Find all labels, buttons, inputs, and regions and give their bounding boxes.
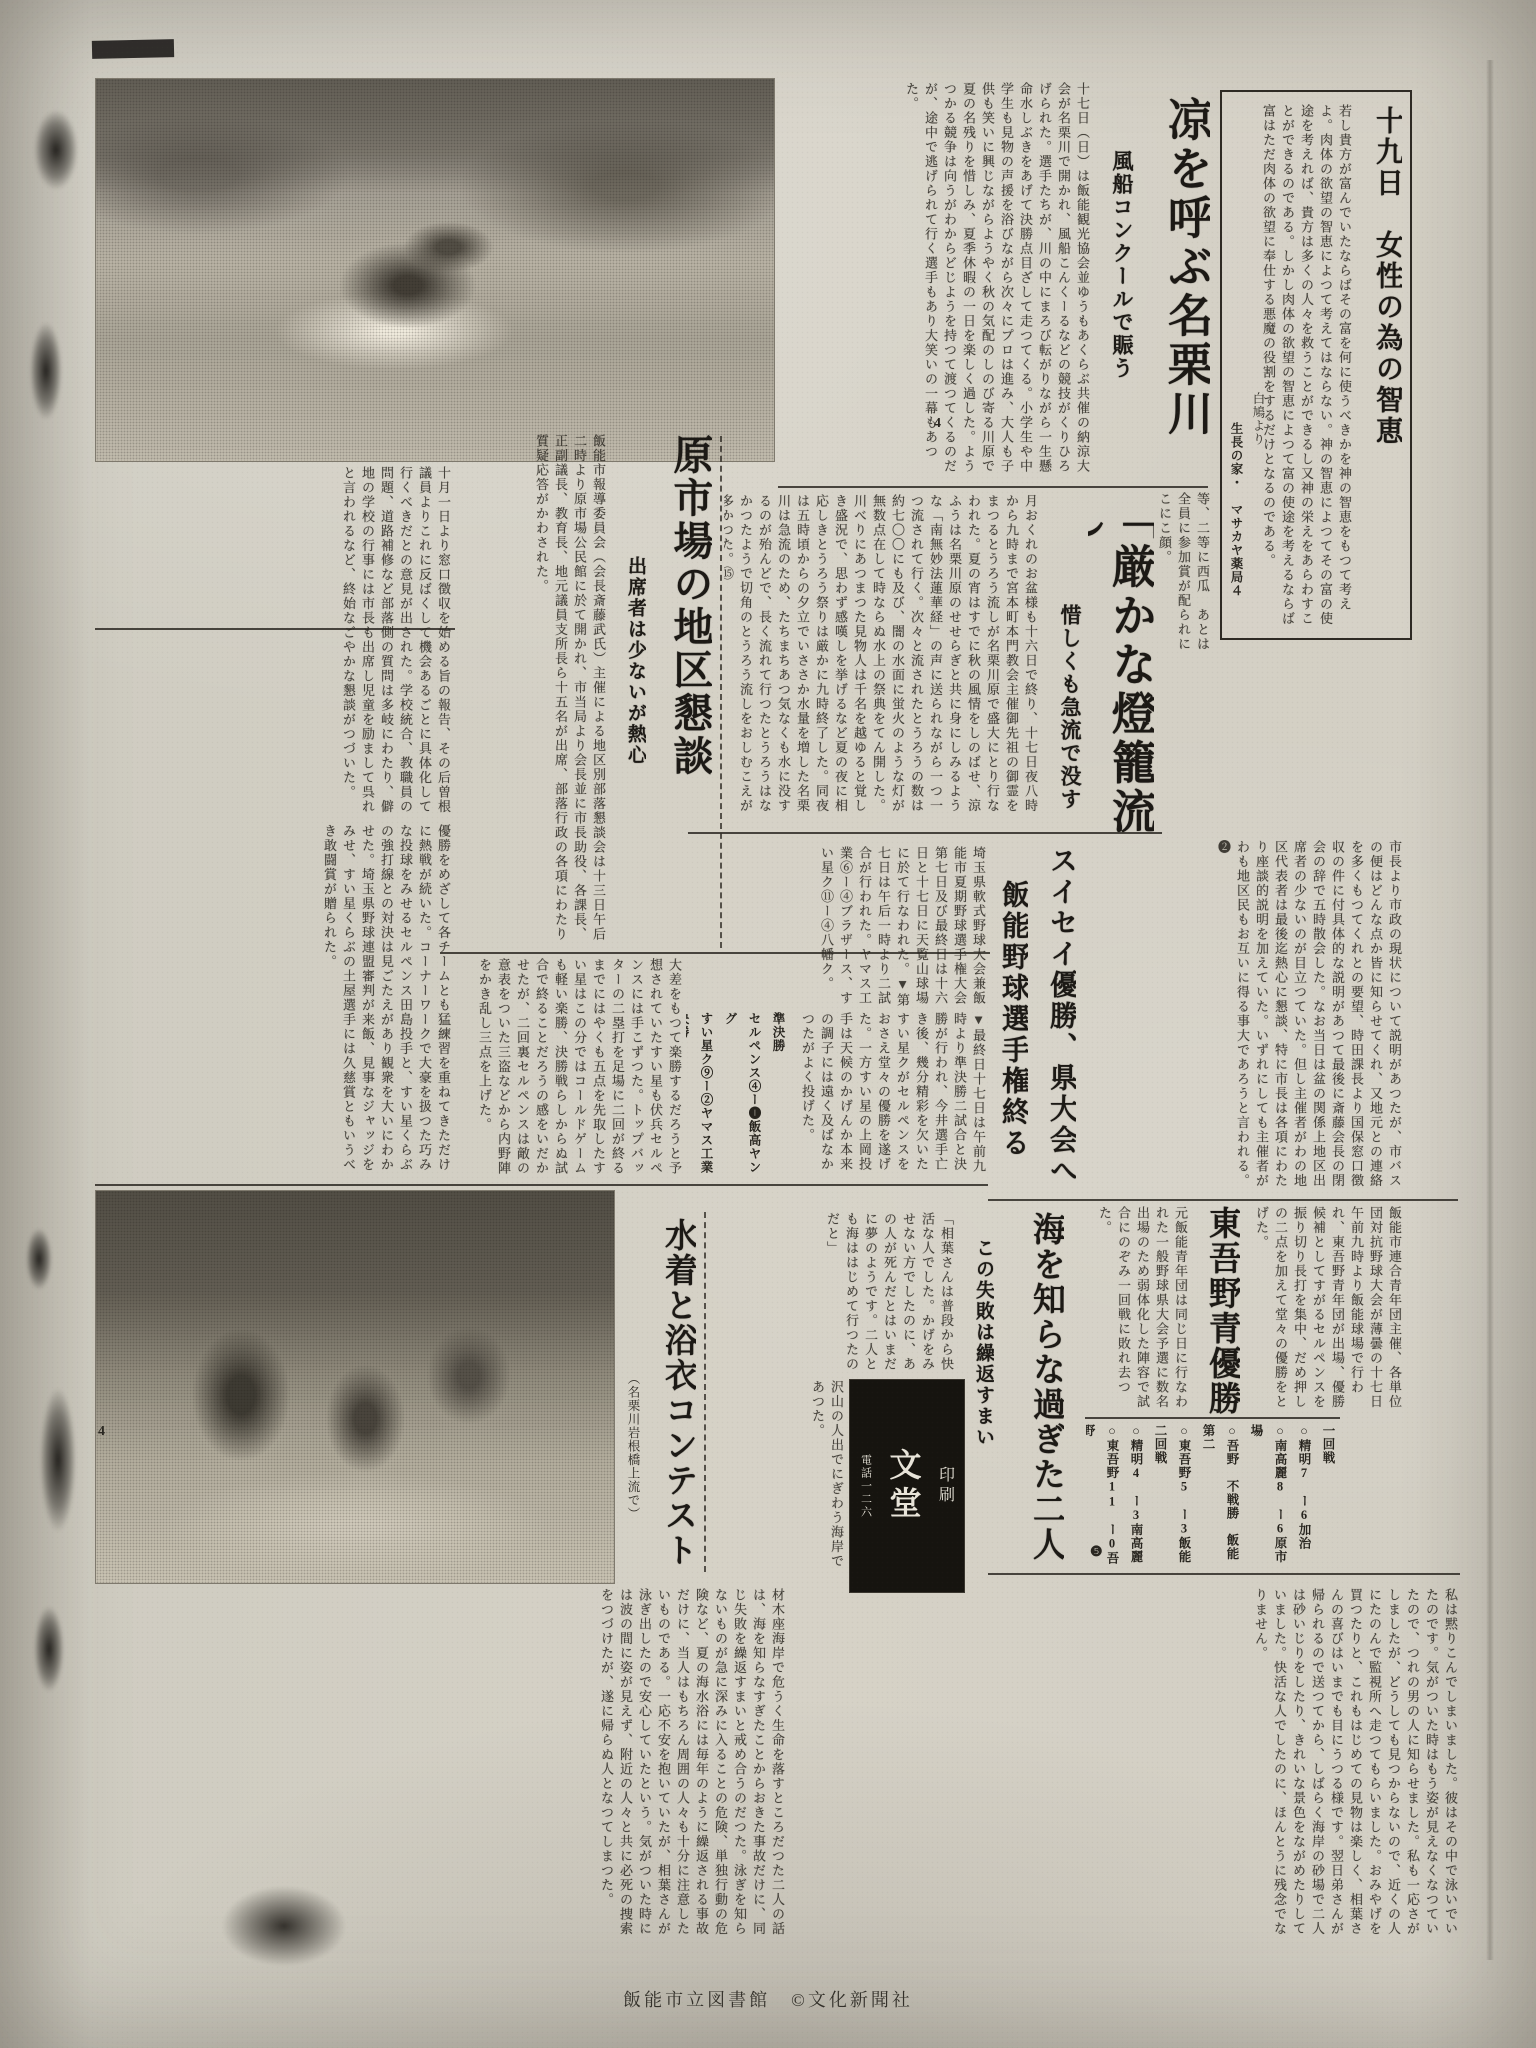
suisei-body-2: 大差をもつて楽勝するだろうと予想されていたすい星も伏兵セルペンスには手こずつた。… xyxy=(458,958,684,1182)
photo-river-balloon-race xyxy=(95,78,775,462)
seicho-column-box: 十九日 女性の為の智恵 若し貴方が富んでいたならばその富を何に使うべきかを神の智… xyxy=(1220,90,1412,640)
higashiagano-results: 一回戦○精明7 ー6加治○南高麗8 ー6原市場○吾野 不戦勝 飯能第二○東吾野5… xyxy=(1086,1424,1340,1572)
ad-line-1: 印刷 xyxy=(934,1466,957,1506)
library-credit-footer: 飯能市立図書館 ©文化新聞社 xyxy=(0,1986,1536,2012)
harashiba-headline: 原市場の地区懇談 xyxy=(652,434,712,794)
column-marker: 4 xyxy=(934,416,941,432)
umi-headline: 海を知らな過ぎた二人 xyxy=(998,1212,1064,1570)
harashiba-body-3: 十月一日より窓口徴収を始める旨の報告、その后曽根議員よりこれに反ばくして機会ある… xyxy=(95,466,453,816)
suisei-body-1: 埼玉県軟式野球大会兼飯能市夏期野球選手権大会第七日及び最終日は十六日と十七日に天… xyxy=(686,846,988,1008)
seicho-source: 白鳩より xyxy=(1250,392,1265,482)
ink-smudge xyxy=(222,1886,346,1966)
suisei-body-1b: ▼最終日十七日は午前九時より準決勝二試合と決勝が行われ、今井選手亡き後、幾分精彩… xyxy=(796,1012,988,1184)
film-edge-artifact xyxy=(34,1606,64,1692)
harashiba-body-2: 市長より市政の現状について説明があつたが、市バスの便はどんな点か皆に知らせてくれ… xyxy=(1086,840,1404,1196)
dashed-column-rule xyxy=(704,1212,706,1572)
suisei-subhead: 飯能野球選手権終る xyxy=(988,880,1028,1252)
naguri-subhead: 風船コンクールで賑う xyxy=(1096,150,1134,450)
column-rule xyxy=(95,1184,988,1186)
ad-line-3: 電話一二六 xyxy=(858,1454,874,1519)
umi-body-left: 材木座海岸で危うく生命を落すところだつた二人の話は、海を知らなすぎたことからおき… xyxy=(95,1588,787,1950)
article-end-marker: ❺ xyxy=(1090,1544,1103,1561)
paper-fold xyxy=(1486,60,1494,1960)
suisei-headline: スイセイ優勝、県大会へ xyxy=(1030,846,1076,1242)
umi-body-top: 「相葉さんは普段から快活な人でした。かげをみせない方でしたのに、あの人が死んだと… xyxy=(794,1212,956,1372)
seicho-body: 若し貴方が富んでいたならばその富を何に使うべきかを神の智恵をもつて考えよ。肉体の… xyxy=(1250,104,1354,626)
harashiba-subhead: 出席者は少ないが熱心 xyxy=(612,556,646,856)
naguri-headline: 凉を呼ぶ名栗川 xyxy=(1138,96,1210,482)
seicho-signature: 生長の家・ マサカヤ薬局４ xyxy=(1228,422,1243,626)
higashiagano-body: 飯能市連合青年団主催、各単位団対抗野球大会が薄曇の十七日午前九時より飯能球場で行… xyxy=(1242,1206,1404,1414)
ad-line-2: 文堂 xyxy=(881,1448,927,1524)
newspaper-page: 十九日 女性の為の智恵 若し貴方が富んでいたならばその富を何に使うべきかを神の智… xyxy=(0,0,1536,2048)
seicho-headline: 十九日 女性の為の智恵 xyxy=(1371,106,1402,626)
touro-headline: 「厳かな燈籠流し xyxy=(1088,494,1154,838)
higashiagano-body-2: 元飯能青年団は同じ日に行なわれた一般野球県大会予選に数名出場のため弱体化した陣容… xyxy=(1082,1206,1190,1414)
umi-subhead: この失敗は繰返すまい xyxy=(960,1238,994,1570)
mizugi-photo-caption: （名栗川岩根橋上流で） xyxy=(614,1372,640,1580)
mizugi-headline: 水着と浴衣コンテスト xyxy=(638,1218,696,1570)
umi-body-right: 私は黙りこんでしまいました。彼はその中で泳いでいたのです。気がついた時はもう姿が… xyxy=(788,1588,1460,1950)
touro-body: 月おくれのお盆様も十六日で終り、十七日夜八時から九時まで宮本町本門教会主催御先祖… xyxy=(724,494,1040,826)
film-edge-artifact xyxy=(30,322,62,420)
suisei-body-3: 優勝をめざして各チームとも猛練習を重ねてきただけに熱戦が続いた。コーナーワークで… xyxy=(95,824,453,1180)
photo-river-wading xyxy=(95,1190,615,1584)
column-rule xyxy=(778,486,1208,488)
film-edge-artifact xyxy=(34,110,78,190)
print-shop-ad-box: 印刷 文堂 電話一二六 xyxy=(850,1380,964,1592)
naguri-body-tail: 等、二等に西瓜 あとは全員に参加賞が配られにこにこ顔。 xyxy=(1156,492,1212,664)
harashiba-body-1: 飯能市報導委員会（会長斎藤武氏）主催による地区別部落懇談会は十三日午后二時より原… xyxy=(458,434,608,948)
umi-body-mid: 沢山の人出でにぎわう海岸であつた。 xyxy=(794,1380,846,1576)
film-edge-artifact xyxy=(40,1388,76,1532)
scan-artifact xyxy=(92,39,174,59)
film-edge-artifact xyxy=(26,1228,52,1290)
touro-subhead: 惜しくも急流で没す xyxy=(1046,604,1082,832)
suisei-results: 準決勝セルペンス④ー❶飯高ヤングすい星ク⑨ー②ヤマス工業決勝すい星ク⑦ー④セルペ… xyxy=(686,1012,790,1186)
column-rule xyxy=(988,1573,1460,1575)
column-marker: 4 xyxy=(98,1424,105,1440)
